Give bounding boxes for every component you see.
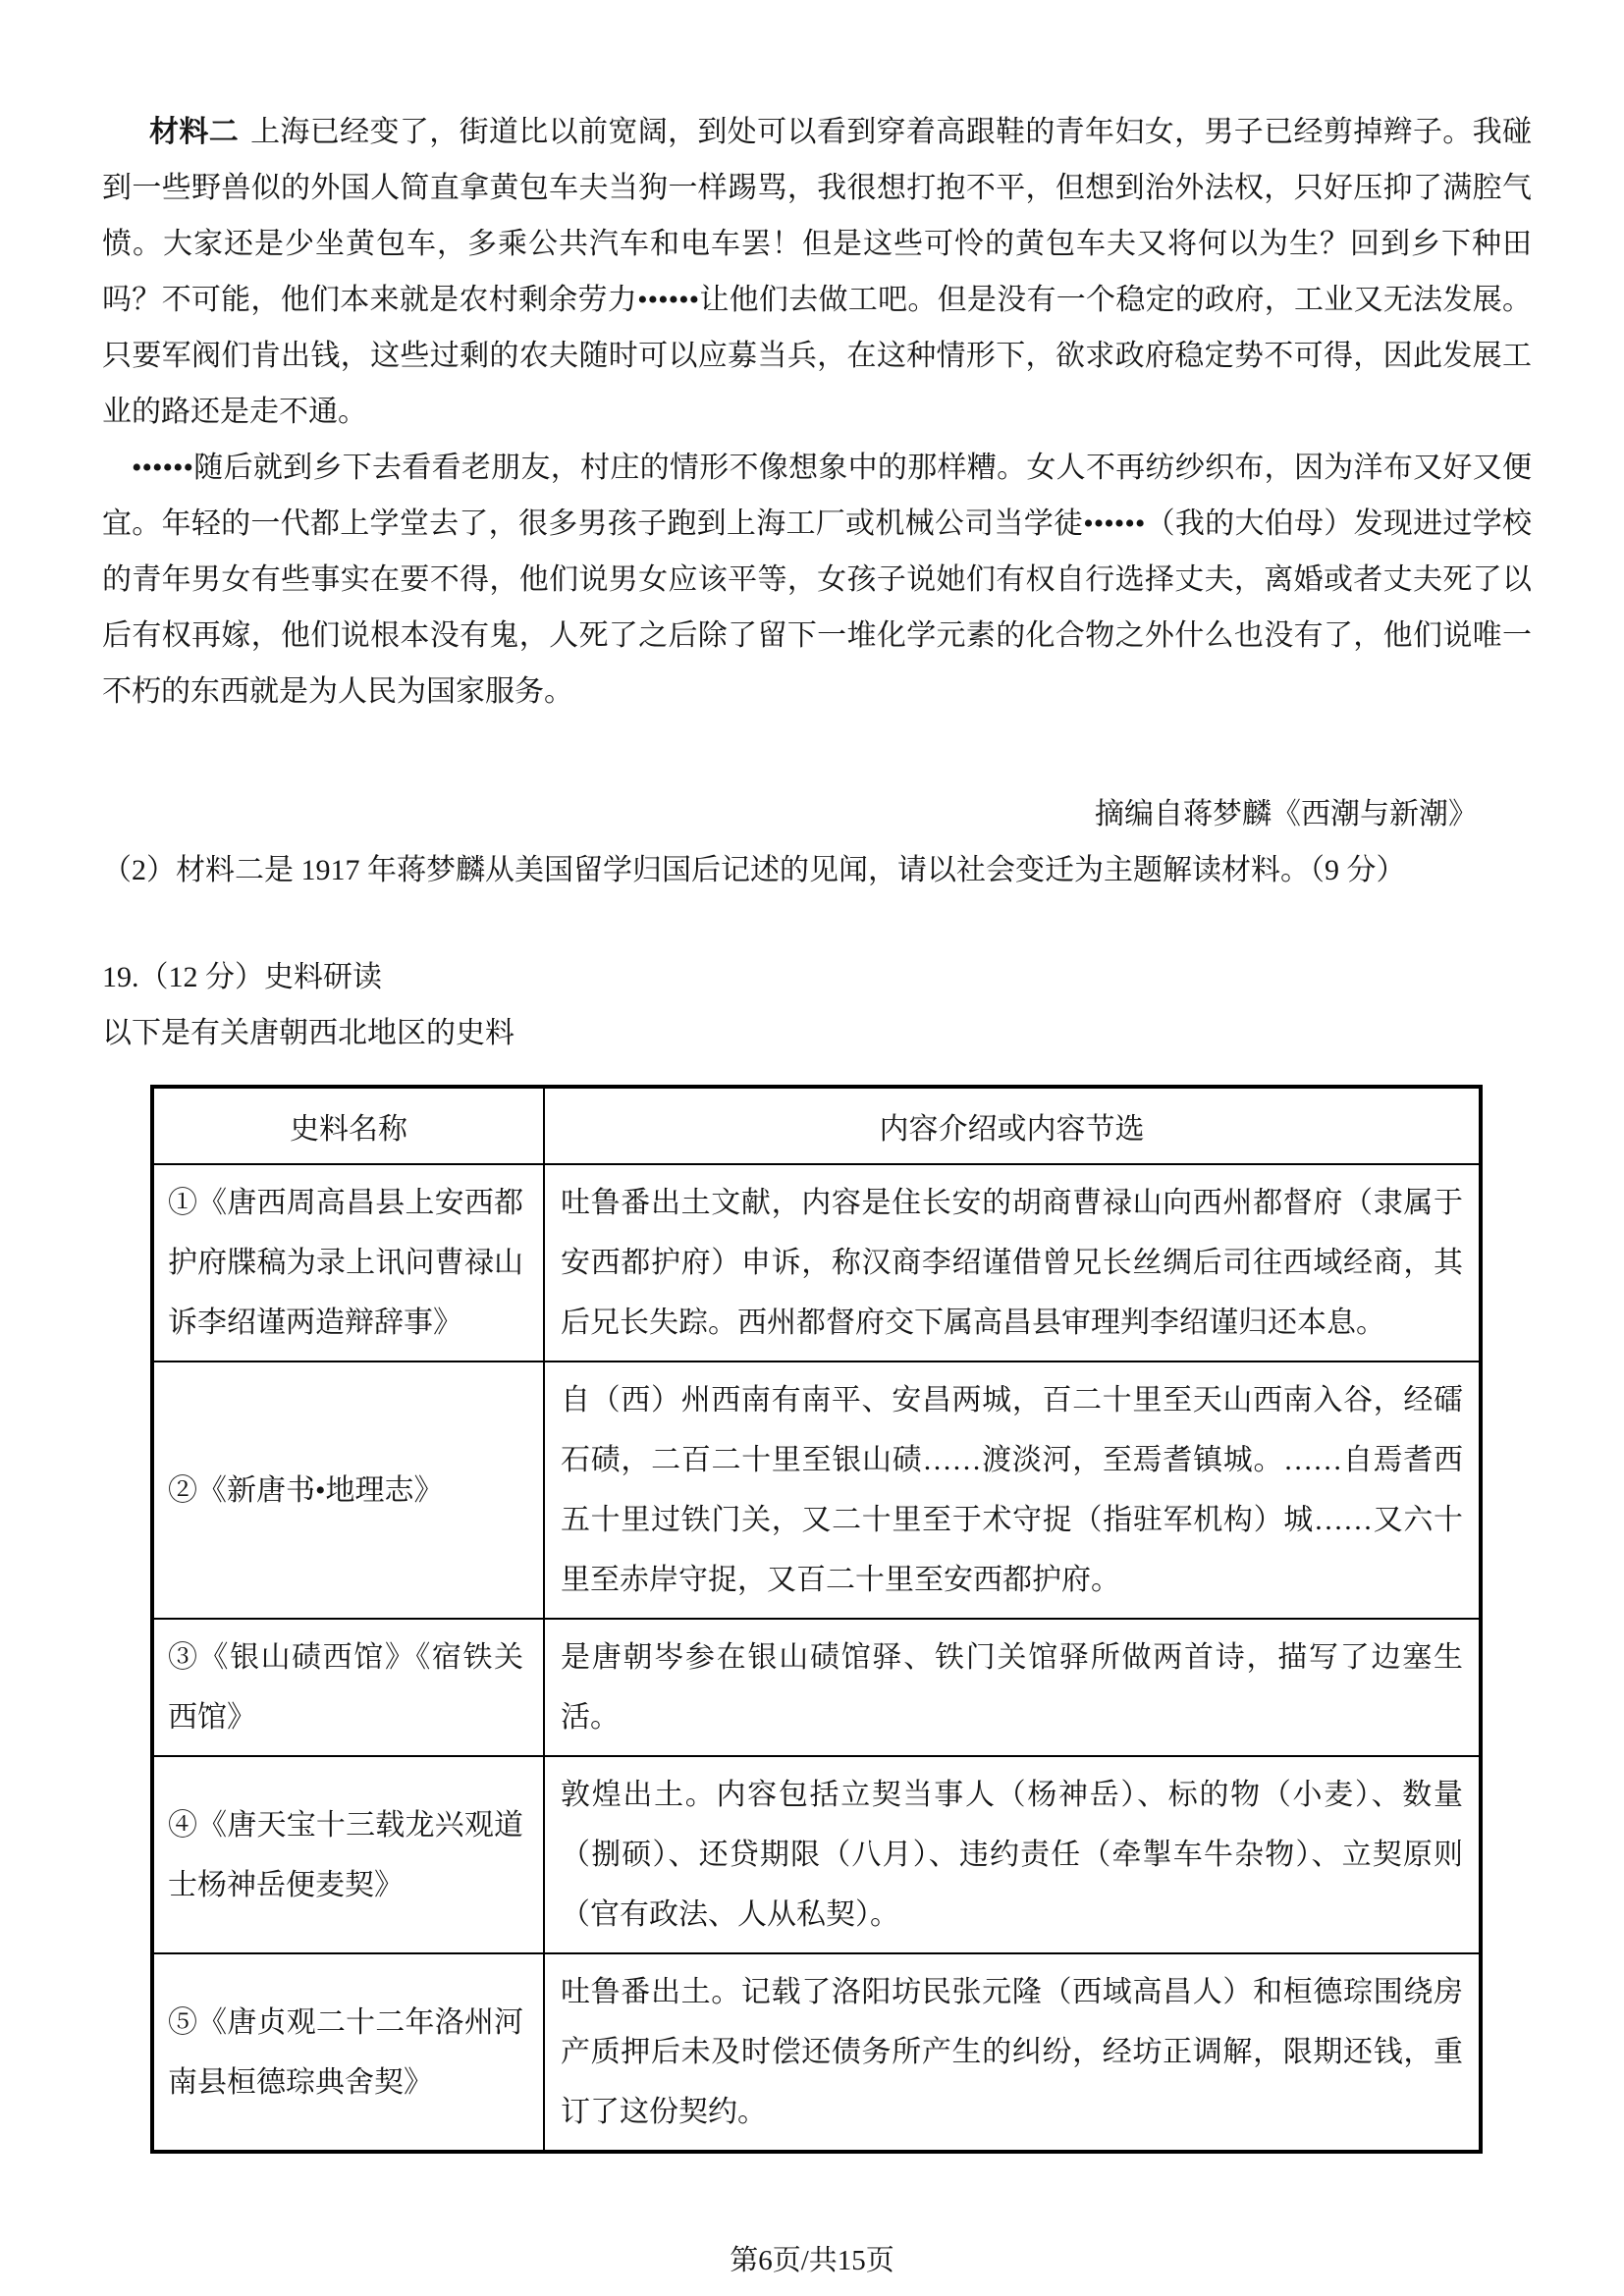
header-source-name: 史料名称 [152,1087,544,1164]
question-19-intro: 以下是有关唐朝西北地区的史料 [102,1005,1532,1061]
table-row: ②《新唐书•地理志》 自（西）州西南有南平、安昌两城，百二十里至天山西南入谷，经… [152,1362,1481,1619]
header-source-content: 内容介绍或内容节选 [544,1087,1481,1164]
table-row: ⑤《唐贞观二十二年洛州河南县桓德琮典舍契》 吐鲁番出土。记载了洛阳坊民张元隆（西… [152,1953,1481,2152]
question-19-heading: 19.（12 分）史料研读 [102,949,1532,1005]
question-2-text: （2）材料二是 1917 年蒋梦麟从美国留学归国后记述的见闻，请以社会变迁为主题… [102,842,1532,898]
material-two-label: 材料二 [149,116,239,148]
material-two-paragraph-1: 材料二上海已经变了，街道比以前宽阔，到处可以看到穿着高跟鞋的青年妇女，男子已经剪… [102,104,1532,440]
table-row: ③《银山碛西馆》《宿铁关西馆》 是唐朝岑参在银山碛馆驿、铁门关馆驿所做两首诗，描… [152,1619,1481,1756]
material-two-paragraph-1-text: 上海已经变了，街道比以前宽阔，到处可以看到穿着高跟鞋的青年妇女，男子已经剪掉辫子… [102,116,1532,428]
table-header-row: 史料名称 内容介绍或内容节选 [152,1087,1481,1164]
source-content-4: 敦煌出土。内容包括立契当事人（杨神岳）、标的物（小麦）、数量（捌硕）、还贷期限（… [544,1756,1481,1953]
source-name-1: ①《唐西周高昌县上安西都护府牒稿为录上讯问曹禄山诉李绍谨两造辩辞事》 [152,1164,544,1362]
historical-sources-table: 史料名称 内容介绍或内容节选 ①《唐西周高昌县上安西都护府牒稿为录上讯问曹禄山诉… [150,1085,1483,2154]
source-content-2: 自（西）州西南有南平、安昌两城，百二十里至天山西南入谷，经礌石碛，二百二十里至银… [544,1362,1481,1619]
source-name-4: ④《唐天宝十三载龙兴观道士杨神岳便麦契》 [152,1756,544,1953]
exam-document-page: 材料二上海已经变了，街道比以前宽阔，到处可以看到穿着高跟鞋的青年妇女，男子已经剪… [0,0,1624,2296]
page-content: 材料二上海已经变了，街道比以前宽阔，到处可以看到穿着高跟鞋的青年妇女，男子已经剪… [102,104,1532,2154]
source-content-3: 是唐朝岑参在银山碛馆驿、铁门关馆驿所做两首诗，描写了边塞生活。 [544,1619,1481,1756]
material-two-paragraph-2-text: ••••••随后就到乡下去看看老朋友，村庄的情形不像想象中的那样糟。女人不再纺纱… [102,452,1532,708]
table-row: ①《唐西周高昌县上安西都护府牒稿为录上讯问曹禄山诉李绍谨两造辩辞事》 吐鲁番出土… [152,1164,1481,1362]
source-content-5: 吐鲁番出土。记载了洛阳坊民张元隆（西域高昌人）和桓德琮围绕房产质押后未及时偿还债… [544,1953,1481,2152]
table-row: ④《唐天宝十三载龙兴观道士杨神岳便麦契》 敦煌出土。内容包括立契当事人（杨神岳）… [152,1756,1481,1953]
source-name-3: ③《银山碛西馆》《宿铁关西馆》 [152,1619,544,1756]
source-name-5: ⑤《唐贞观二十二年洛州河南县桓德琮典舍契》 [152,1953,544,2152]
source-attribution: 摘编自蒋梦麟《西潮与新潮》 [102,786,1532,842]
source-content-1: 吐鲁番出土文献，内容是住长安的胡商曹禄山向西州都督府（隶属于安西都护府）申诉，称… [544,1164,1481,1362]
source-name-2: ②《新唐书•地理志》 [152,1362,544,1619]
material-two-paragraph-2: ••••••随后就到乡下去看看老朋友，村庄的情形不像想象中的那样糟。女人不再纺纱… [102,440,1532,720]
page-number-footer: 第6页/共15页 [0,2238,1624,2278]
